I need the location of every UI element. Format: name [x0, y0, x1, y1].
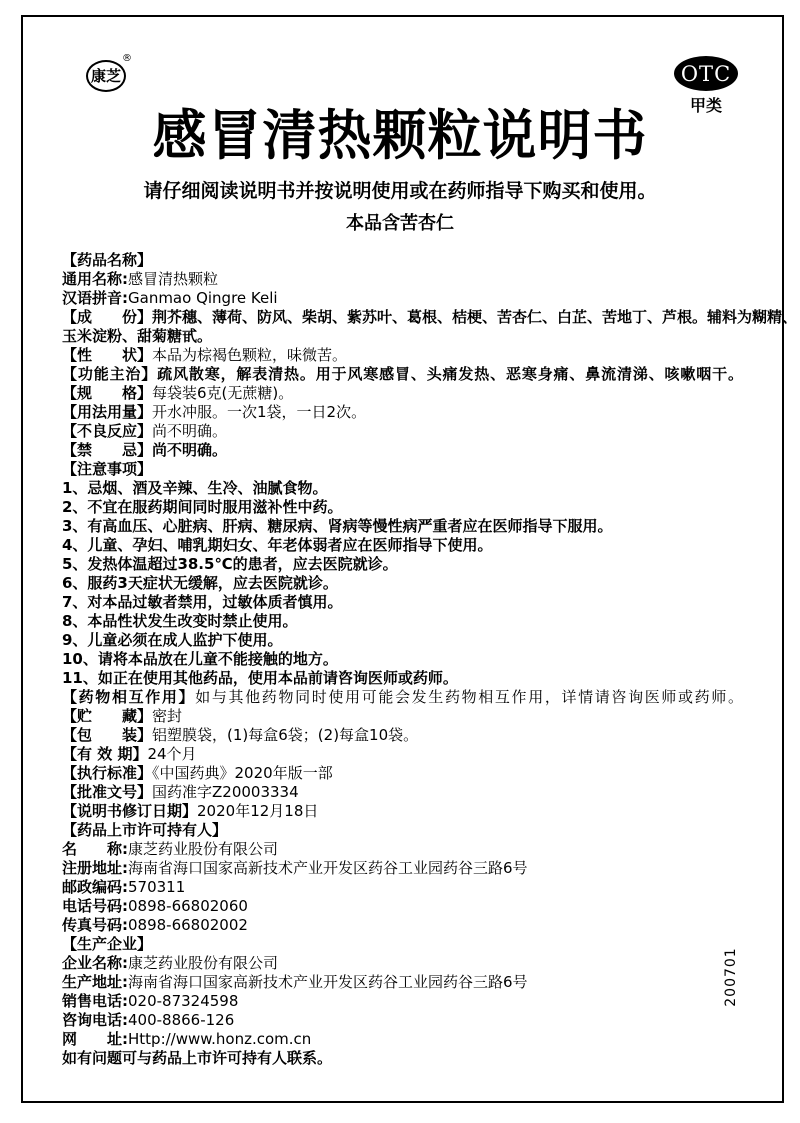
- body-line: 传真号码:0898-66802002: [62, 916, 743, 935]
- body-line: 10、请将本品放在儿童不能接触的地方。: [62, 650, 743, 669]
- brand-logo-text: 康芝: [91, 69, 121, 84]
- line-value: Ganmao Qingre Keli: [128, 289, 278, 307]
- brand-logo: 康芝: [86, 60, 126, 92]
- line-label: 荆芥穗、薄荷、防风、柴胡、紫苏叶、葛根、桔梗、苦杏仁、白芷、苦地丁、芦根。辅料为…: [152, 308, 797, 326]
- body-line: 名 称:康芝药业股份有限公司: [62, 840, 743, 859]
- line-value: 密封: [152, 707, 182, 725]
- body-line: 邮政编码:570311: [62, 878, 743, 897]
- line-label: 【生产企业】: [62, 935, 152, 953]
- line-label: 【批准文号】: [62, 783, 152, 801]
- body-line: 【生产企业】: [62, 935, 743, 954]
- body-line: 生产地址:海南省海口国家高新技术产业开发区药谷工业园药谷三路6号: [62, 973, 743, 992]
- line-label: 邮政编码:: [62, 878, 128, 896]
- body-line: 【不良反应】尚不明确。: [62, 422, 743, 441]
- otc-badge-text: OTC: [681, 62, 731, 86]
- body-line: 2、不宜在服药期间同时服用滋补性中药。: [62, 498, 743, 517]
- body-line: 网 址:Http://www.honz.com.cn: [62, 1030, 743, 1049]
- line-label: 【执行标准】: [62, 764, 152, 782]
- body-line: 玉米淀粉、甜菊糖甙。: [62, 327, 743, 346]
- body-line: 8、本品性状发生改变时禁止使用。: [62, 612, 743, 631]
- batch-code-vertical: 200701: [723, 942, 739, 1012]
- body-line: 【包 装】铝塑膜袋，(1)每盒6袋；(2)每盒10袋。: [62, 726, 743, 745]
- body-line: 汉语拼音:Ganmao Qingre Keli: [62, 289, 743, 308]
- line-value: 每袋装6克(无蔗糖)。: [152, 384, 293, 402]
- body-line: 【药物相互作用】如与其他药物同时使用可能会发生药物相互作用，详情请咨询医师或药师…: [62, 688, 743, 707]
- line-value: 海南省海口国家高新技术产业开发区药谷工业园药谷三路6号: [128, 859, 528, 877]
- line-label: 如有问题可与药品上市许可持有人联系。: [62, 1049, 332, 1067]
- line-label: 4、儿童、孕妇、哺乳期妇女、年老体弱者应在医师指导下使用。: [62, 536, 492, 554]
- body-line: 如有问题可与药品上市许可持有人联系。: [62, 1049, 743, 1068]
- line-label: 11、如正在使用其他药品，使用本品前请咨询医师或药师。: [62, 669, 458, 687]
- leaflet-body: 【药品名称】通用名称:感冒清热颗粒汉语拼音:Ganmao Qingre Keli…: [62, 251, 743, 1068]
- line-label: 尚不明确。: [152, 441, 227, 459]
- line-value: 570311: [128, 878, 185, 896]
- body-line: 【药品名称】: [62, 251, 743, 270]
- line-value: 海南省海口国家高新技术产业开发区药谷工业园药谷三路6号: [128, 973, 528, 991]
- line-label: 电话号码:: [62, 897, 128, 915]
- body-line: 【性 状】本品为棕褐色颗粒，味微苦。: [62, 346, 743, 365]
- body-line: 【执行标准】《中国药典》2020年版一部: [62, 764, 743, 783]
- line-label: 【注意事项】: [62, 460, 152, 478]
- line-label: 9、儿童必须在成人监护下使用。: [62, 631, 282, 649]
- line-label: 【有 效 期】: [62, 745, 147, 763]
- body-line: 通用名称:感冒清热颗粒: [62, 270, 743, 289]
- line-value: 020-87324598: [128, 992, 238, 1010]
- line-value: 本品为棕褐色颗粒，味微苦。: [152, 346, 347, 364]
- line-label: 通用名称:: [62, 270, 128, 288]
- body-line: 注册地址:海南省海口国家高新技术产业开发区药谷工业园药谷三路6号: [62, 859, 743, 878]
- registered-trademark-icon: ®: [122, 53, 132, 64]
- line-label: 【用法用量】: [62, 403, 152, 421]
- line-value: 《中国药典》2020年版一部: [152, 764, 333, 782]
- body-line: 【用法用量】开水冲服。一次1袋，一日2次。: [62, 403, 743, 422]
- otc-badge: OTC: [674, 56, 738, 91]
- line-label: 网 址:: [62, 1030, 128, 1048]
- body-line: 11、如正在使用其他药品，使用本品前请咨询医师或药师。: [62, 669, 743, 688]
- line-label: 【包 装】: [62, 726, 152, 744]
- line-label: 【性 状】: [62, 346, 152, 364]
- line-label: 5、发热体温超过38.5℃的患者，应去医院就诊。: [62, 555, 398, 573]
- line-value: Http://www.honz.com.cn: [128, 1030, 311, 1048]
- line-label: 疏风散寒，解表清热。用于风寒感冒、头痛发热、恶寒身痛、鼻流清涕、咳嗽咽干。: [157, 365, 743, 383]
- line-label: 注册地址:: [62, 859, 128, 877]
- line-label: 10、请将本品放在儿童不能接触的地方。: [62, 650, 338, 668]
- body-line: 【有 效 期】24个月: [62, 745, 743, 764]
- line-label: 6、服药3天症状无缓解，应去医院就诊。: [62, 574, 338, 592]
- line-value: 感冒清热颗粒: [128, 270, 218, 288]
- line-value: 国药准字Z20003334: [152, 783, 299, 801]
- line-value: 如与其他药物同时使用可能会发生药物相互作用，详情请咨询医师或药师。: [195, 688, 743, 706]
- body-line: 【注意事项】: [62, 460, 743, 479]
- body-line: 企业名称:康芝药业股份有限公司: [62, 954, 743, 973]
- line-label: 传真号码:: [62, 916, 128, 934]
- line-value: 0898-66802002: [128, 916, 248, 934]
- line-value: 开水冲服。一次1袋，一日2次。: [152, 403, 366, 421]
- line-label: 【禁 忌】: [62, 441, 152, 459]
- body-line: 销售电话:020-87324598: [62, 992, 743, 1011]
- line-label: 7、对本品过敏者禁用，过敏体质者慎用。: [62, 593, 342, 611]
- line-label: 2、不宜在服药期间同时服用滋补性中药。: [62, 498, 342, 516]
- line-label: 【药品名称】: [62, 251, 152, 269]
- line-value: 400-8866-126: [128, 1011, 234, 1029]
- line-label: 1、忌烟、酒及辛辣、生冷、油腻食物。: [62, 479, 327, 497]
- page-title: 感冒清热颗粒说明书: [0, 104, 800, 169]
- line-value: 尚不明确。: [152, 422, 227, 440]
- line-label: 咨询电话:: [62, 1011, 128, 1029]
- body-line: 6、服药3天症状无缓解，应去医院就诊。: [62, 574, 743, 593]
- line-label: 【说明书修订日期】: [62, 802, 197, 820]
- line-label: 销售电话:: [62, 992, 128, 1010]
- line-value: 铝塑膜袋，(1)每盒6袋；(2)每盒10袋。: [152, 726, 418, 744]
- line-label: 【贮 藏】: [62, 707, 152, 725]
- body-line: 5、发热体温超过38.5℃的患者，应去医院就诊。: [62, 555, 743, 574]
- ingredient-warning: 本品含苦杏仁: [0, 209, 800, 235]
- body-line: 1、忌烟、酒及辛辣、生冷、油腻食物。: [62, 479, 743, 498]
- body-line: 【禁 忌】尚不明确。: [62, 441, 743, 460]
- line-label: 玉米淀粉、甜菊糖甙。: [62, 327, 212, 345]
- line-label: 8、本品性状发生改变时禁止使用。: [62, 612, 297, 630]
- body-line: 咨询电话:400-8866-126: [62, 1011, 743, 1030]
- line-label: 汉语拼音:: [62, 289, 128, 307]
- body-line: 【规 格】每袋装6克(无蔗糖)。: [62, 384, 743, 403]
- body-line: 【贮 藏】密封: [62, 707, 743, 726]
- body-line: 【功能主治】疏风散寒，解表清热。用于风寒感冒、头痛发热、恶寒身痛、鼻流清涕、咳嗽…: [62, 365, 743, 384]
- line-label: 【成 份】: [62, 308, 152, 326]
- line-label: 【功能主治】: [62, 365, 157, 383]
- line-label: 【药品上市许可持有人】: [62, 821, 227, 839]
- body-line: 【批准文号】国药准字Z20003334: [62, 783, 743, 802]
- line-value: 2020年12月18日: [197, 802, 318, 820]
- line-label: 【规 格】: [62, 384, 152, 402]
- line-label: 名 称:: [62, 840, 128, 858]
- body-line: 3、有高血压、心脏病、肝病、糖尿病、肾病等慢性病严重者应在医师指导下服用。: [62, 517, 743, 536]
- line-value: 0898-66802060: [128, 897, 248, 915]
- line-label: 生产地址:: [62, 973, 128, 991]
- line-label: 3、有高血压、心脏病、肝病、糖尿病、肾病等慢性病严重者应在医师指导下服用。: [62, 517, 612, 535]
- body-line: 【成 份】荆芥穗、薄荷、防风、柴胡、紫苏叶、葛根、桔梗、苦杏仁、白芷、苦地丁、芦…: [62, 308, 743, 327]
- line-label: 【药物相互作用】: [62, 688, 195, 706]
- line-label: 【不良反应】: [62, 422, 152, 440]
- body-line: 9、儿童必须在成人监护下使用。: [62, 631, 743, 650]
- body-line: 7、对本品过敏者禁用，过敏体质者慎用。: [62, 593, 743, 612]
- body-line: 【药品上市许可持有人】: [62, 821, 743, 840]
- body-line: 【说明书修订日期】2020年12月18日: [62, 802, 743, 821]
- line-value: 康芝药业股份有限公司: [128, 954, 278, 972]
- line-value: 康芝药业股份有限公司: [128, 840, 278, 858]
- line-label: 企业名称:: [62, 954, 128, 972]
- read-instructions-notice: 请仔细阅读说明书并按说明使用或在药师指导下购买和使用。: [0, 176, 800, 203]
- line-value: 24个月: [147, 745, 196, 763]
- body-line: 4、儿童、孕妇、哺乳期妇女、年老体弱者应在医师指导下使用。: [62, 536, 743, 555]
- leaflet-page: 康芝 ® OTC 甲类 感冒清热颗粒说明书 请仔细阅读说明书并按说明使用或在药师…: [0, 0, 800, 1123]
- body-line: 电话号码:0898-66802060: [62, 897, 743, 916]
